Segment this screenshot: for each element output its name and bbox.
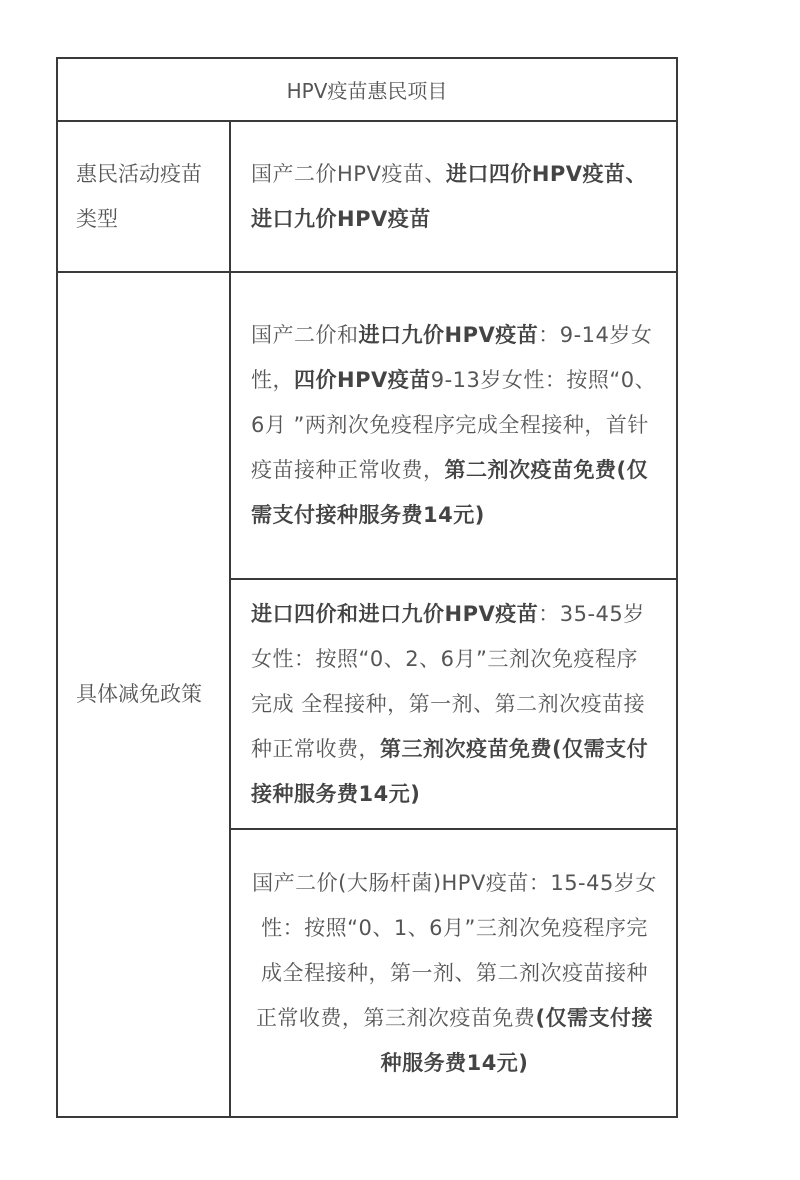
text-segment: 国产二价HPV疫苗、 (251, 162, 446, 186)
text-segment-bold: 进口四价和进口九价HPV疫苗 (251, 602, 538, 626)
content-cell-vaccine-types: 国产二价HPV疫苗、进口四价HPV疫苗、进口九价HPV疫苗 (231, 122, 676, 271)
table-title: HPV疫苗惠民项目 (58, 59, 676, 122)
policy-cell-three-dose-domestic: 国产二价(大肠杆菌)HPV疫苗：15-45岁女性：按照“0、1、6月”三剂次免疫… (231, 828, 676, 1116)
text-segment: 国产二价和 (251, 323, 359, 347)
content-column: 国产二价HPV疫苗、进口四价HPV疫苗、进口九价HPV疫苗 (231, 122, 676, 271)
cell-text: 国产二价和进口九价HPV疫苗：9-14岁女性，四价HPV疫苗9-13岁女性：按照… (251, 313, 658, 538)
text-segment-bold: 四价HPV疫苗 (294, 368, 431, 392)
cell-text: 进口四价和进口九价HPV疫苗：35-45岁女性：按照“0、2、6月”三剂次免疫程… (251, 592, 658, 817)
text-segment-bold: 进口九价HPV疫苗 (359, 323, 539, 347)
cell-text: 国产二价HPV疫苗、进口四价HPV疫苗、进口九价HPV疫苗 (251, 152, 658, 242)
table-row-vaccine-types: 惠民活动疫苗类型 国产二价HPV疫苗、进口四价HPV疫苗、进口九价HPV疫苗 (58, 122, 676, 273)
policy-cell-three-dose-imported: 进口四价和进口九价HPV疫苗：35-45岁女性：按照“0、2、6月”三剂次免疫程… (231, 578, 676, 828)
table-row-policy: 具体减免政策 国产二价和进口九价HPV疫苗：9-14岁女性，四价HPV疫苗9-1… (58, 273, 676, 1116)
cell-text: 国产二价(大肠杆菌)HPV疫苗：15-45岁女性：按照“0、1、6月”三剂次免疫… (251, 861, 658, 1086)
content-column: 国产二价和进口九价HPV疫苗：9-14岁女性，四价HPV疫苗9-13岁女性：按照… (231, 273, 676, 1116)
policy-cell-two-dose: 国产二价和进口九价HPV疫苗：9-14岁女性，四价HPV疫苗9-13岁女性：按照… (231, 273, 676, 578)
row-label-vaccine-types: 惠民活动疫苗类型 (58, 122, 231, 271)
row-label-policy: 具体减免政策 (58, 273, 231, 1116)
hpv-vaccine-table: HPV疫苗惠民项目 惠民活动疫苗类型 国产二价HPV疫苗、进口四价HPV疫苗、进… (56, 57, 678, 1118)
